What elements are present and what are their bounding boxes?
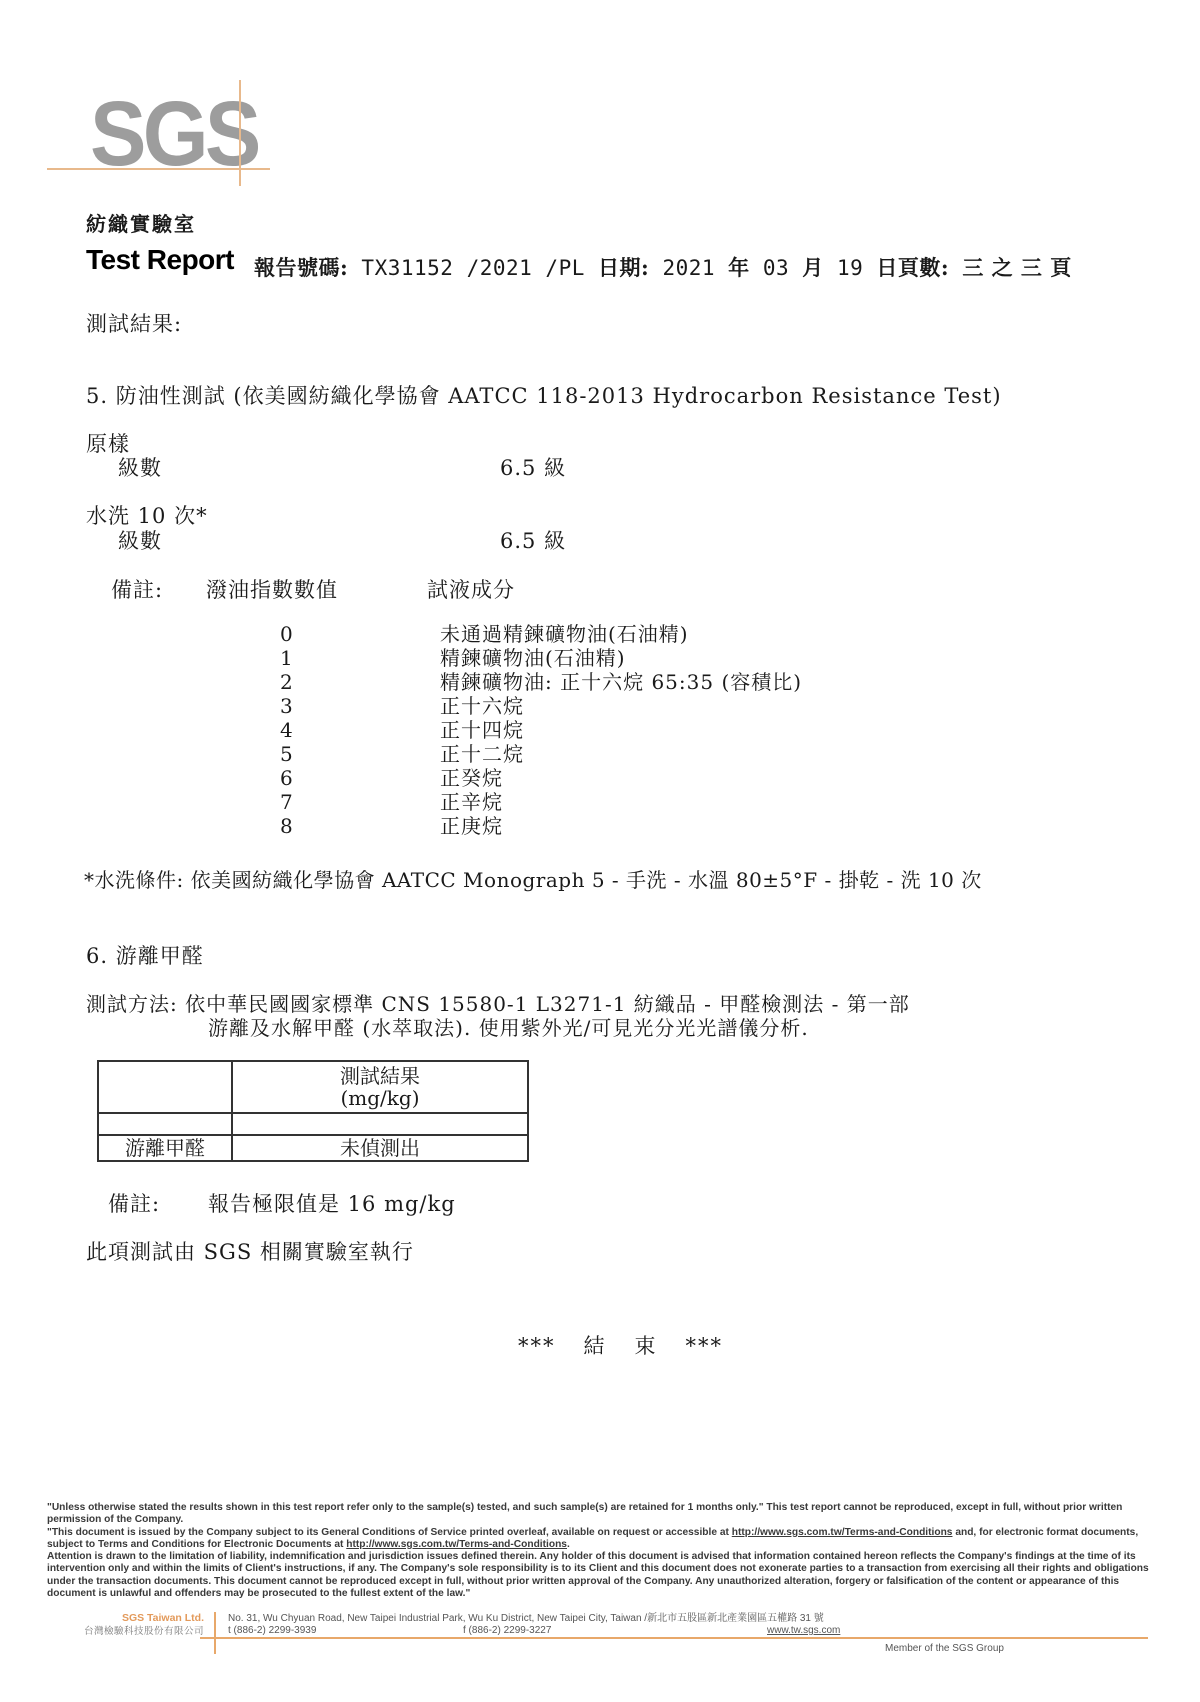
- terms-link-electronic[interactable]: http://www.sgs.com.tw/Terms-and-Conditio…: [346, 1539, 567, 1550]
- company-fax: f (886-2) 2299-3227: [463, 1625, 551, 1636]
- disclaimer-paragraph-1: "Unless otherwise stated the results sho…: [47, 1502, 1157, 1527]
- date-month-unit: 月: [802, 255, 824, 280]
- scale-num: 0: [280, 622, 293, 646]
- date-month: 03: [763, 256, 789, 280]
- disclaimer-paragraph-2: "This document is issued by the Company …: [47, 1527, 1157, 1552]
- page-label: 頁數:: [898, 255, 949, 280]
- performed-by-note: 此項測試由 SGS 相關實驗室執行: [86, 1236, 414, 1266]
- table-empty-cell: [232, 1113, 528, 1135]
- date-year-unit: 年: [728, 255, 750, 280]
- disclaimer-text: .: [567, 1539, 570, 1550]
- report-title: Test Report: [86, 244, 234, 276]
- disclaimer-paragraph-3: Attention is drawn to the limitation of …: [47, 1551, 1157, 1600]
- formaldehyde-result-table: 測試結果 (mg/kg) 游離甲醛 未偵測出: [97, 1060, 529, 1162]
- footer-horizontal-rule: [200, 1637, 1148, 1639]
- test-method-line2: 游離及水解甲醛 (水萃取法). 使用紫外光/可見光分光光譜儀分析.: [208, 1012, 809, 1041]
- scale-desc: 正十四烷: [440, 718, 524, 742]
- logo-horizontal-rule: [47, 168, 270, 170]
- sgs-logo: SGS: [90, 88, 258, 180]
- date-day: 19: [837, 256, 863, 280]
- reporting-limit-note: 報告極限值是 16 mg/kg: [208, 1188, 456, 1218]
- end-stars-left: ***: [518, 1334, 556, 1358]
- row-value: 未偵測出: [232, 1135, 528, 1161]
- col-test-liquid: 試液成分: [427, 574, 515, 604]
- original-grade-label: 級數: [118, 452, 162, 482]
- disclaimer-text: "This document is issued by the Company …: [47, 1527, 732, 1538]
- section5-title: 5. 防油性測試 (依美國紡織化學協會 AATCC 118-2013 Hydro…: [86, 380, 1002, 410]
- table-header-empty: [98, 1061, 232, 1113]
- logo-vertical-rule: [239, 80, 241, 186]
- report-meta: 報告號碼: TX31152 /2021 /PL 日期: 2021 年 03 月 …: [254, 252, 1072, 282]
- company-address: No. 31, Wu Chyuan Road, New Taipei Indus…: [228, 1612, 824, 1625]
- scale-num: 7: [280, 790, 293, 814]
- report-no: TX31152 /2021 /PL: [361, 256, 584, 280]
- results-heading: 測試結果:: [86, 308, 182, 338]
- legal-disclaimer: "Unless otherwise stated the results sho…: [47, 1502, 1157, 1600]
- scale-desc: 正辛烷: [440, 790, 503, 814]
- company-phone: t (886-2) 2299-3939: [228, 1625, 316, 1636]
- header-result-label: 測試結果: [233, 1065, 527, 1087]
- lab-name: 紡織實驗室: [86, 208, 196, 237]
- footer-vertical-rule: [214, 1612, 216, 1654]
- table-empty-cell: [98, 1113, 232, 1135]
- original-grade-value: 6.5 級: [500, 452, 566, 482]
- company-block: SGS Taiwan Ltd. 台灣檢驗科技股份有限公司: [60, 1612, 204, 1638]
- section6-note-label: 備註:: [108, 1188, 160, 1218]
- date-day-unit: 日: [876, 255, 898, 280]
- scale-num: 1: [280, 646, 293, 670]
- end-stars-right: ***: [686, 1334, 724, 1358]
- report-no-label: 報告號碼:: [254, 255, 348, 280]
- scale-desc: 精鍊礦物油(石油精): [440, 646, 626, 670]
- scale-desc: 正癸烷: [440, 766, 503, 790]
- scale-num: 8: [280, 814, 293, 838]
- wash-condition-note: *水洗條件: 依美國紡織化學協會 AATCC Monograph 5 - 手洗 …: [84, 864, 982, 893]
- scale-num: 5: [280, 742, 293, 766]
- section6-title: 6. 游離甲醛: [86, 940, 204, 970]
- end-of-report-marker: ***結束***: [504, 1330, 737, 1360]
- table-header-result: 測試結果 (mg/kg): [232, 1061, 528, 1113]
- table-row: 游離甲醛 未偵測出: [98, 1135, 528, 1161]
- scale-desc: 正十二烷: [440, 742, 524, 766]
- terms-link[interactable]: http://www.sgs.com.tw/Terms-and-Conditio…: [732, 1527, 953, 1538]
- col-oil-index: 潑油指數數值: [206, 574, 338, 604]
- note-label: 備註:: [111, 574, 163, 604]
- scale-desc: 正十六烷: [440, 694, 524, 718]
- page-value: 三 之 三 頁: [962, 255, 1071, 280]
- date-year: 2021: [662, 256, 715, 280]
- scale-num: 4: [280, 718, 293, 742]
- member-of-sgs-group: Member of the SGS Group: [885, 1643, 1004, 1654]
- date-label: 日期:: [598, 255, 649, 280]
- row-label: 游離甲醛: [98, 1135, 232, 1161]
- washed-grade-label: 級數: [118, 525, 162, 555]
- end-word-2: 束: [635, 1334, 658, 1358]
- washed-grade-value: 6.5 級: [500, 525, 566, 555]
- end-word-1: 結: [584, 1334, 607, 1358]
- scale-desc: 正庚烷: [440, 814, 503, 838]
- scale-desc: 未通過精鍊礦物油(石油精): [440, 622, 689, 646]
- scale-num: 3: [280, 694, 293, 718]
- company-website-link[interactable]: www.tw.sgs.com: [767, 1625, 840, 1636]
- company-name-zh: 台灣檢驗科技股份有限公司: [60, 1625, 204, 1638]
- scale-num: 6: [280, 766, 293, 790]
- scale-desc: 精鍊礦物油: 正十六烷 65:35 (容積比): [440, 670, 802, 694]
- header-unit-label: (mg/kg): [233, 1087, 527, 1109]
- company-name-en: SGS Taiwan Ltd.: [60, 1612, 204, 1625]
- scale-num: 2: [280, 670, 293, 694]
